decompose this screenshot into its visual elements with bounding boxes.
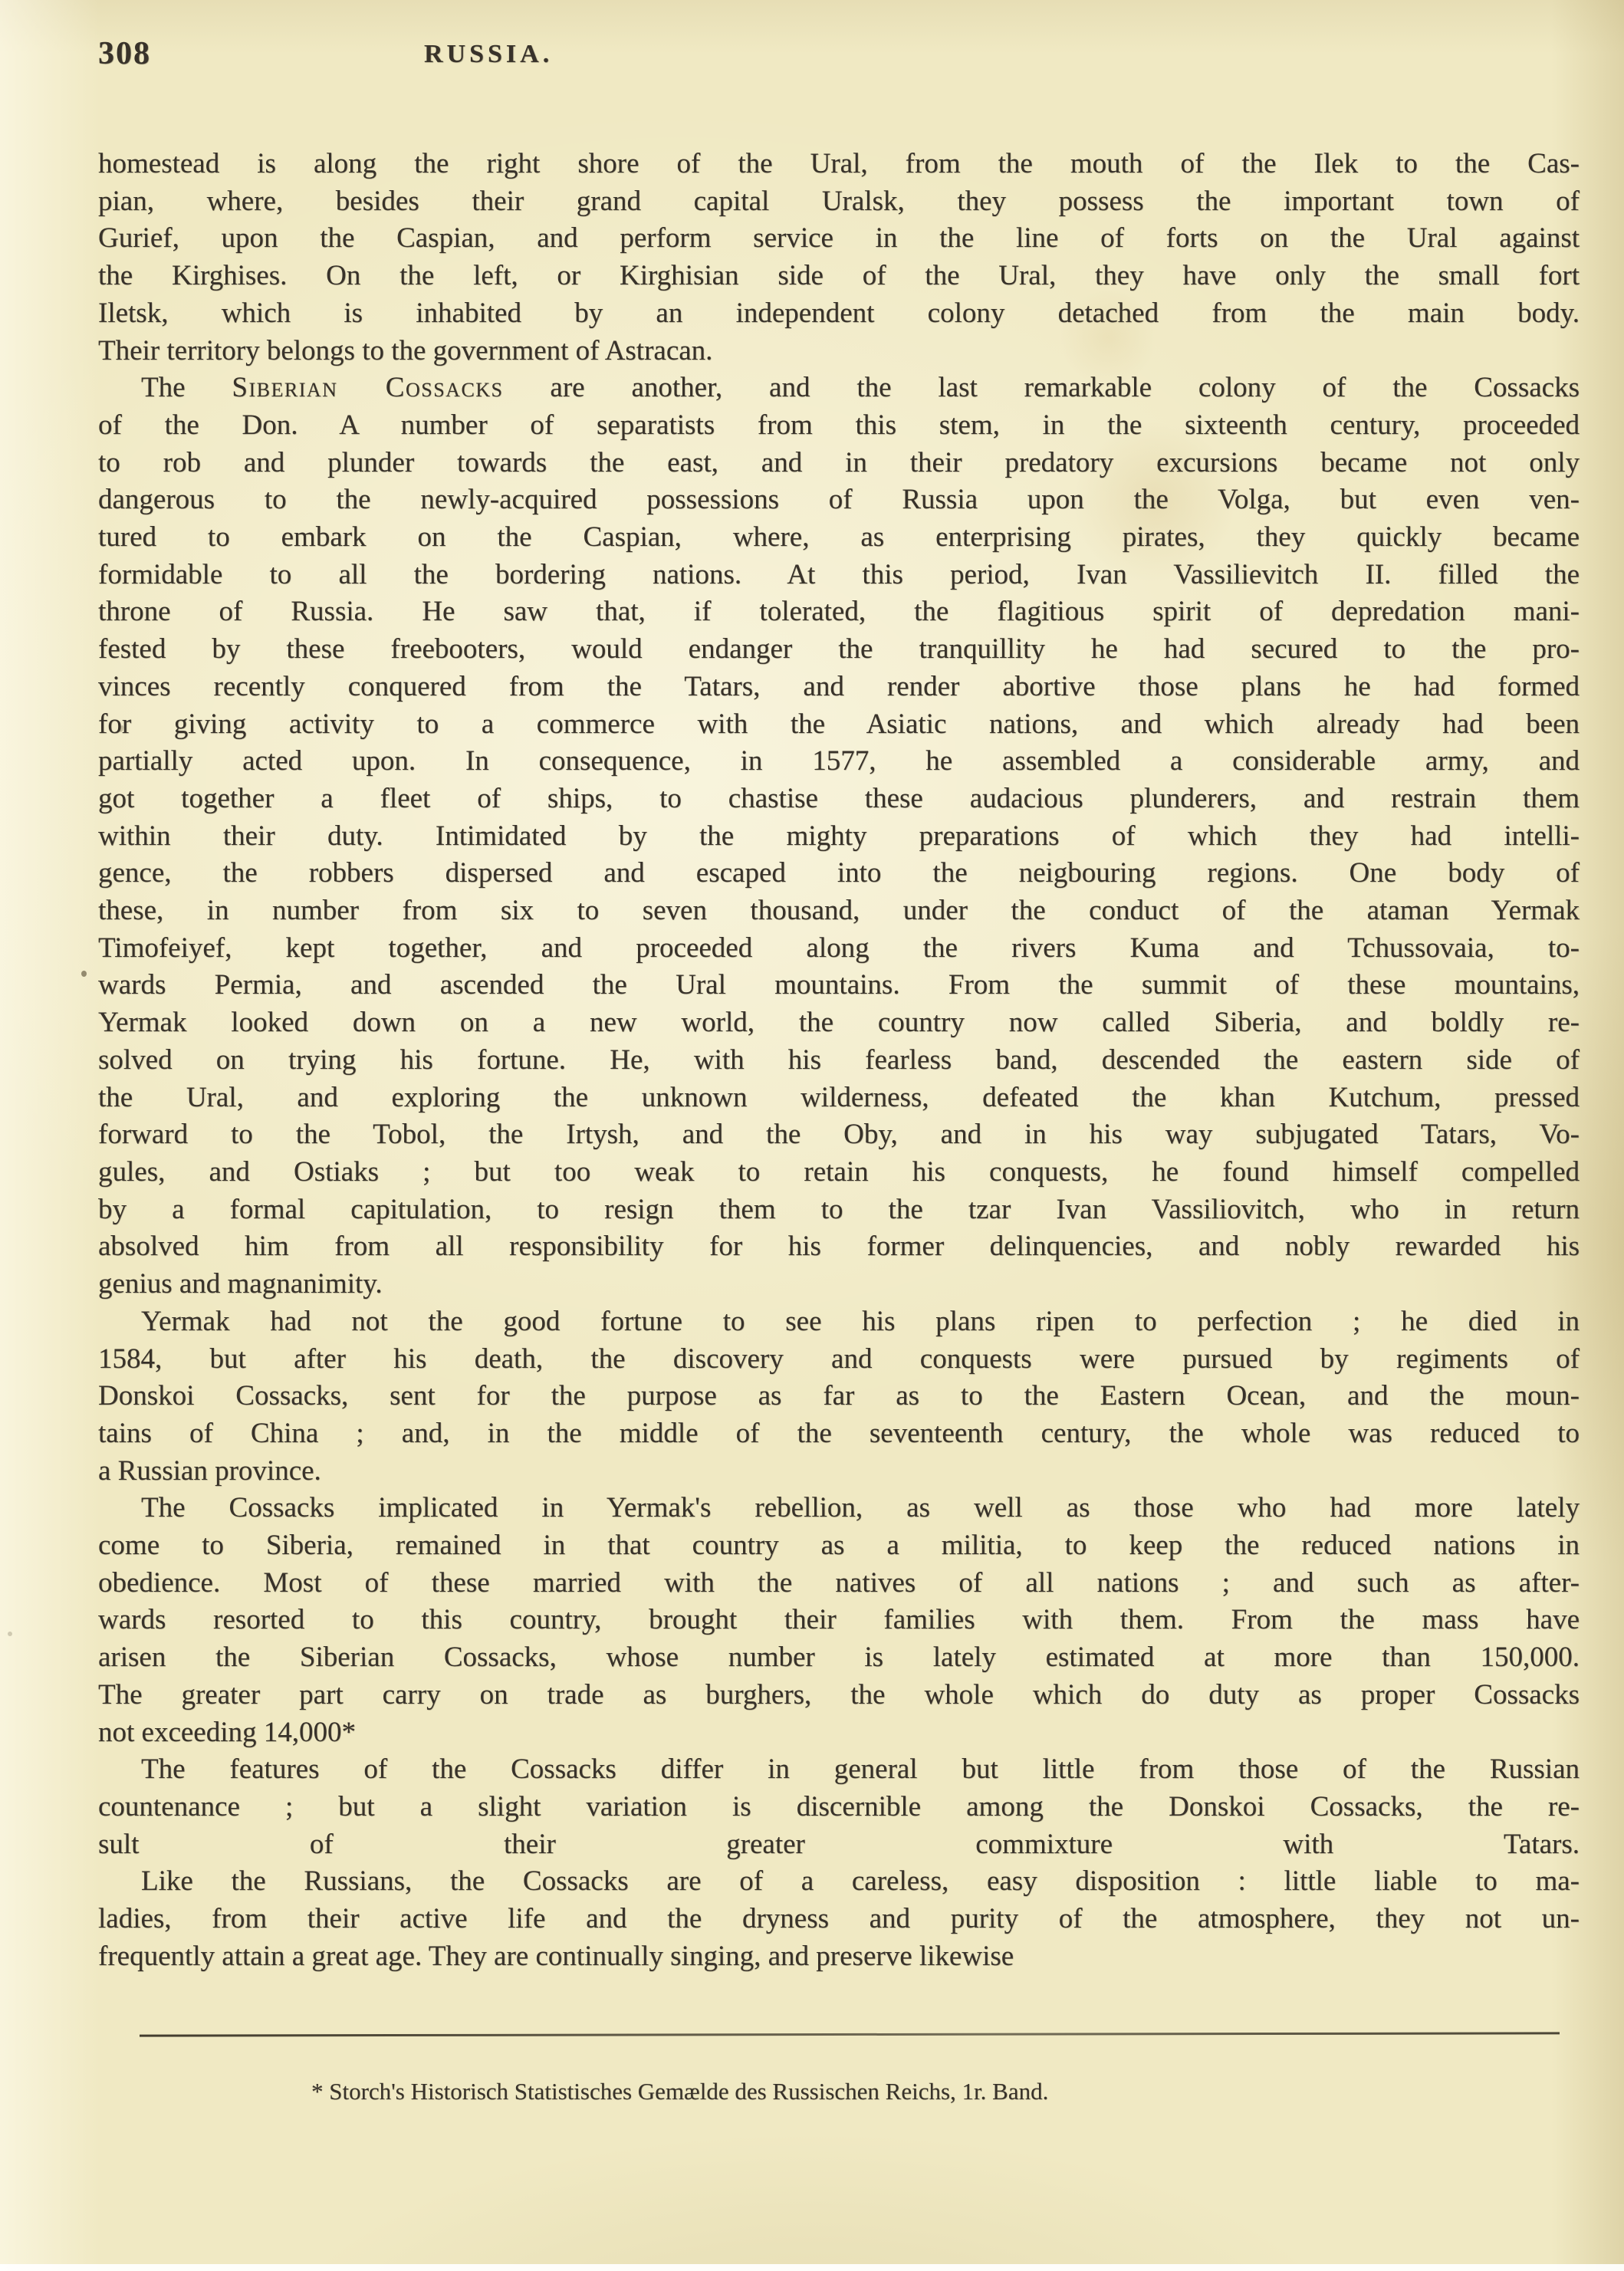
text-line: these, in number from six to seven thous… [98,892,1580,930]
text-line: fested by these freebooters, would endan… [98,631,1580,669]
text-line: dangerous to the newly-acquired possessi… [98,481,1580,519]
text-line: wards resorted to this country, brought … [98,1602,1580,1639]
text-line: The features of the Cossacks differ in g… [98,1751,1580,1789]
text-line: the Kirghises. On the left, or Kirghisia… [98,258,1580,295]
paragraph: homestead is along the right shore of th… [98,146,1580,370]
text-line: Like the Russians, the Cossacks are of a… [98,1863,1580,1901]
text-line: Their territory belongs to the governmen… [98,333,1580,370]
text-line: Iletsk, which is inhabited by an indepen… [98,295,1580,333]
text-line: for giving activity to a commerce with t… [98,706,1580,744]
text-line: obedience. Most of these married with th… [98,1565,1580,1602]
text-line: homestead is along the right shore of th… [98,146,1580,183]
text-line: absolved him from all responsibility for… [98,1228,1580,1266]
text-line: come to Siberia, remained in that countr… [98,1527,1580,1565]
paragraph: Like the Russians, the Cossacks are of a… [98,1863,1580,1975]
text-line: countenance ; but a slight variation is … [98,1789,1580,1826]
ink-speck [81,971,87,977]
text-line: formidable to all the bordering nations.… [98,557,1580,594]
text-line: partially acted upon. In consequence, in… [98,743,1580,781]
text-line: a Russian province. [98,1453,1580,1490]
page-bottom-edge [0,2264,1624,2271]
text-line: pian, where, besides their grand capital… [98,183,1580,221]
paragraph: Yermak had not the good fortune to see h… [98,1303,1580,1490]
text-line: ladies, from their active life and the d… [98,1901,1580,1938]
text-line: gence, the robbers dispersed and escaped… [98,855,1580,892]
text-line: genius and magnanimity. [98,1266,1580,1303]
paragraph: The Siberian Cossacks are another, and t… [98,370,1580,1303]
text-line: got together a fleet of ships, to chasti… [98,781,1580,818]
text-line: The Siberian Cossacks are another, and t… [98,370,1580,407]
text-line: not exceeding 14,000* [98,1714,1580,1752]
text-line: gules, and Ostiaks ; but too weak to ret… [98,1154,1580,1191]
text-line: vinces recently conquered from the Tatar… [98,669,1580,706]
footnote: * Storch's Historisch Statistisches Gemæ… [311,2076,1048,2107]
text-line: tains of China ; and, in the middle of t… [98,1415,1580,1453]
text-line: of the Don. A number of separatists from… [98,407,1580,445]
text-segment: are another, and the last remarkable col… [504,372,1580,403]
text-line: forward to the Tobol, the Irtysh, and th… [98,1116,1580,1154]
footnote-rule [140,2032,1560,2036]
text-line: sult of their greater commixture with Ta… [98,1826,1580,1864]
text-line: The greater part carry on trade as burgh… [98,1677,1580,1714]
book-page: 308 RUSSIA. homestead is along the right… [0,0,1624,2271]
text-line: The Cossacks implicated in Yermak's rebe… [98,1490,1580,1527]
text-line: Timofeiyef, kept together, and proceeded… [98,930,1580,968]
paragraph: The Cossacks implicated in Yermak's rebe… [98,1490,1580,1751]
running-title: RUSSIA. [424,40,553,69]
text-line: within their duty. Intimidated by the mi… [98,818,1580,856]
text-line: frequently attain a great age. They are … [98,1938,1580,1976]
text-line: the Ural, and exploring the unknown wild… [98,1080,1580,1117]
text-line: tured to embark on the Caspian, where, a… [98,519,1580,557]
text-body: homestead is along the right shore of th… [98,146,1580,1975]
text-line: by a formal capitulation, to resign them… [98,1191,1580,1229]
text-line: Donskoi Cossacks, sent for the purpose a… [98,1378,1580,1415]
text-line: arisen the Siberian Cossacks, whose numb… [98,1639,1580,1677]
text-segment: The [141,372,232,403]
paragraph: The features of the Cossacks differ in g… [98,1751,1580,1863]
smallcaps-text: Siberian Cossacks [232,372,503,403]
page-header: 308 RUSSIA. [98,35,1580,78]
page-number: 308 [98,35,151,72]
text-line: to rob and plunder towards the east, and… [98,445,1580,482]
text-line: Yermak looked down on a new world, the c… [98,1004,1580,1042]
text-line: solved on trying his fortune. He, with h… [98,1042,1580,1080]
text-line: 1584, but after his death, the discovery… [98,1341,1580,1379]
ink-speck [8,1632,12,1636]
text-line: Gurief, upon the Caspian, and perform se… [98,220,1580,258]
text-line: throne of Russia. He saw that, if tolera… [98,593,1580,631]
text-line: wards Permia, and ascended the Ural moun… [98,967,1580,1004]
text-line: Yermak had not the good fortune to see h… [98,1303,1580,1341]
